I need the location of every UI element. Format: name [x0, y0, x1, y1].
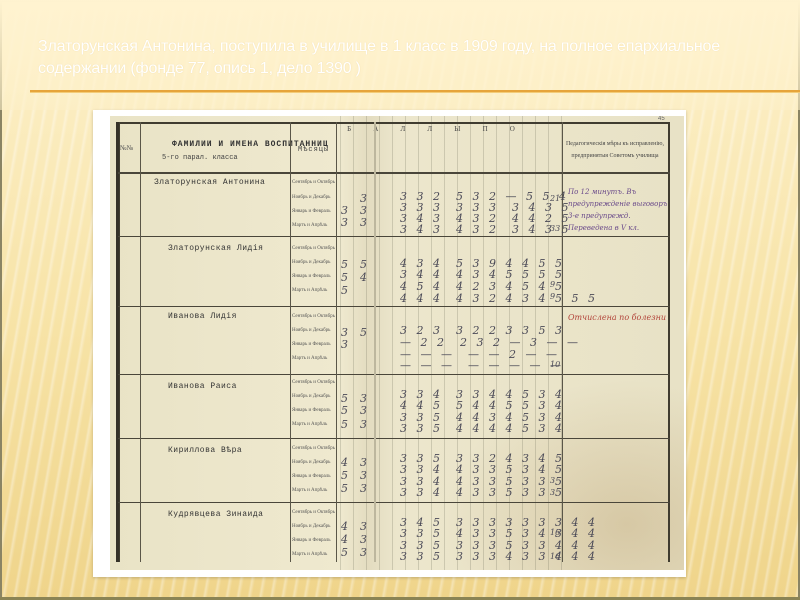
grade-cell: 3: [360, 533, 367, 546]
absence-count: 10: [550, 360, 560, 369]
absence-count: 3: [550, 476, 555, 485]
grade-cell: 4: [360, 271, 367, 284]
absence-count: 9: [550, 292, 555, 301]
period-label: Мартъ и Апрѣль: [292, 223, 327, 228]
period-label: Мартъ и Апрѣль: [292, 288, 327, 293]
grade-letter: П: [483, 125, 488, 133]
period-label: Сентябрь и Октябрь: [292, 510, 335, 515]
grade-cell: 5: [341, 258, 348, 271]
grade-cell: 4: [341, 520, 348, 533]
student-name: Златорунская Антонина: [154, 178, 265, 187]
period-label: Январь и Февраль: [292, 209, 331, 214]
register-binding-edge: [116, 122, 119, 562]
grade-letter: О: [510, 125, 515, 133]
grade-cell: 5: [360, 326, 367, 339]
grade-cell: 4: [341, 533, 348, 546]
student-name: Иванова Лидія: [168, 312, 237, 321]
row-divider: [118, 236, 670, 237]
period-label: Январь и Февраль: [292, 538, 331, 543]
grade-row: 4 4 4 4 3 2 4 3 4 5 5 5: [400, 292, 598, 305]
student-name: Иванова Раиса: [168, 382, 237, 391]
grade-cell: 5: [341, 469, 348, 482]
period-label: Сентябрь и Октябрь: [292, 180, 335, 185]
student-name: Кудрявцева Зинаида: [168, 510, 263, 519]
period-label: Ноябрь и Декабрь: [292, 195, 330, 200]
slide-title: Златорунская Антонина, поступила в учили…: [38, 36, 738, 80]
period-label: Сентябрь и Октябрь: [292, 314, 335, 319]
grade-cell: 3: [360, 404, 367, 417]
period-label: Мартъ и Апрѣль: [292, 552, 327, 557]
row-divider: [118, 502, 670, 503]
period-label: Ноябрь и Декабрь: [292, 260, 330, 265]
period-label: Ноябрь и Декабрь: [292, 524, 330, 529]
grade-cell: 5: [341, 418, 348, 431]
grade-row: 3 3 5 3 3 3 4 3 3 4 4 4: [400, 550, 598, 563]
column-divider: [140, 122, 141, 562]
period-label: Ноябрь и Декабрь: [292, 328, 330, 333]
period-label: Январь и Февраль: [292, 408, 331, 413]
grade-cell: 3: [360, 469, 367, 482]
grade-row: 3 4 3 4 3 2 3 4 3 5: [400, 223, 571, 236]
row-divider: [118, 438, 670, 439]
period-label: Ноябрь и Декабрь: [292, 460, 330, 465]
header-class-label: 5-го парал. класса: [162, 154, 238, 162]
student-name: Кириллова Вѣра: [168, 446, 242, 455]
period-label: Сентябрь и Октябрь: [292, 246, 335, 251]
period-label: Январь и Февраль: [292, 274, 331, 279]
grade-cell: 3: [360, 520, 367, 533]
period-label: Мартъ и Апрѣль: [292, 488, 327, 493]
teacher-note: Отчислена по болезни: [568, 312, 668, 324]
title-underline-rule: [30, 90, 800, 92]
absence-count: 33: [550, 224, 560, 233]
grade-row: 3 3 5 4 4 4 4 5 3 4: [400, 422, 565, 435]
grade-letter: Ы: [454, 125, 460, 133]
period-label: Сентябрь и Октябрь: [292, 446, 335, 451]
archival-register-scan: №№ ФАМИЛИИ И ИМЕНА ВОСПИТАННИЦ 5-го пара…: [110, 116, 684, 570]
grade-row: 3 3 4 4 3 3 5 3 3 5: [400, 486, 565, 499]
grade-cell: 5: [341, 284, 348, 297]
student-name: Златорунская Лидія: [168, 244, 263, 253]
grade-cell: 5: [341, 404, 348, 417]
grade-cell: 4: [341, 456, 348, 469]
row-divider: [118, 306, 670, 307]
row-divider: [118, 374, 670, 375]
period-label: Мартъ и Апрѣль: [292, 422, 327, 427]
page-number: 45: [658, 116, 665, 122]
period-label: Ноябрь и Декабрь: [292, 394, 330, 399]
column-divider: [290, 122, 291, 562]
page-fold: [374, 122, 376, 562]
grade-cell: 5: [360, 258, 367, 271]
period-label: Январь и Февраль: [292, 342, 331, 347]
grade-letter: Л: [427, 125, 432, 133]
period-label: Сентябрь и Октябрь: [292, 380, 335, 385]
column-divider: [336, 122, 337, 562]
header-months-label: Мѣсяцы: [298, 146, 329, 154]
grade-cell: 3: [360, 546, 367, 559]
grade-cell: 3: [360, 482, 367, 495]
period-label: Январь и Февраль: [292, 474, 331, 479]
header-grade-letters: Б А Л Л Ы П О: [336, 125, 526, 133]
grade-letter: Б: [347, 125, 351, 133]
absence-count: 21: [550, 194, 560, 203]
teacher-note: По 12 минутъ. Въ предупрежденіе выговоръ…: [568, 186, 668, 234]
grade-row: — — — — — — — —: [400, 359, 564, 372]
grade-cell: 3: [341, 338, 348, 351]
absence-count: 3: [550, 488, 555, 497]
grade-cell: 5: [341, 482, 348, 495]
grade-cell: 3: [360, 418, 367, 431]
absence-count: 9: [550, 280, 555, 289]
grade-cell: 5: [341, 546, 348, 559]
header-remarks-label: Педагогическія мѣры къ исправленію, пред…: [565, 138, 665, 162]
absence-count: 16: [550, 552, 560, 561]
grade-cell: 5: [341, 271, 348, 284]
grade-cell: 3: [360, 216, 367, 229]
header-number-label: №№: [120, 144, 133, 152]
grade-cell: 3: [360, 456, 367, 469]
grade-cell: 3: [341, 216, 348, 229]
absence-count: 16: [550, 528, 560, 537]
period-label: Мартъ и Апрѣль: [292, 356, 327, 361]
grade-letter: Л: [400, 125, 405, 133]
header-divider: [118, 172, 670, 174]
